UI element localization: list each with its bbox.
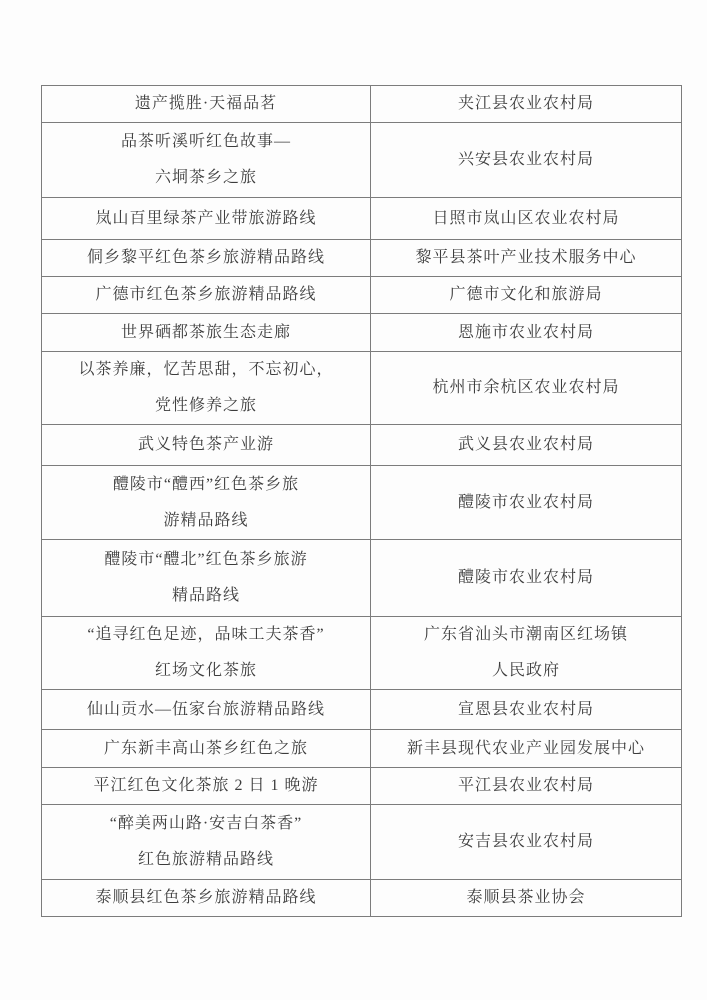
org-cell: 平江县农业农村局: [371, 768, 682, 805]
org-cell: 醴陵市农业农村局: [371, 466, 682, 540]
route-cell: 世界硒都茶旅生态走廊: [42, 314, 371, 352]
table-row: 广德市红色茶乡旅游精品路线 广德市文化和旅游局: [42, 277, 682, 314]
document-page: 遗产揽胜·天福品茗 夹江县农业农村局 品茶听溪听红色故事— 六垌茶乡之旅 兴安县…: [0, 0, 707, 1000]
table-row: 平江红色文化茶旅 2 日 1 晚游 平江县农业农村局: [42, 768, 682, 805]
table-row: 醴陵市“醴西”红色茶乡旅 游精品路线 醴陵市农业农村局: [42, 466, 682, 540]
routes-table: 遗产揽胜·天福品茗 夹江县农业农村局 品茶听溪听红色故事— 六垌茶乡之旅 兴安县…: [41, 85, 682, 917]
org-cell: 夹江县农业农村局: [371, 86, 682, 123]
route-cell: 武义特色茶产业游: [42, 425, 371, 466]
route-cell: 品茶听溪听红色故事— 六垌茶乡之旅: [42, 123, 371, 198]
route-cell: 泰顺县红色茶乡旅游精品路线: [42, 880, 371, 917]
org-cell: 广德市文化和旅游局: [371, 277, 682, 314]
route-cell: “追寻红色足迹，品味工夫茶香” 红场文化茶旅: [42, 617, 371, 690]
org-cell: 新丰县现代农业产业园发展中心: [371, 730, 682, 768]
org-cell: 醴陵市农业农村局: [371, 540, 682, 617]
route-cell: 平江红色文化茶旅 2 日 1 晚游: [42, 768, 371, 805]
table-row: 岚山百里绿茶产业带旅游路线 日照市岚山区农业农村局: [42, 198, 682, 240]
table-row: 遗产揽胜·天福品茗 夹江县农业农村局: [42, 86, 682, 123]
route-cell: “醉美两山路·安吉白茶香” 红色旅游精品路线: [42, 805, 371, 880]
org-cell: 兴安县农业农村局: [371, 123, 682, 198]
route-cell: 仙山贡水—伍家台旅游精品路线: [42, 690, 371, 730]
table-row: 侗乡黎平红色茶乡旅游精品路线 黎平县茶叶产业技术服务中心: [42, 240, 682, 277]
org-cell: 武义县农业农村局: [371, 425, 682, 466]
org-cell: 日照市岚山区农业农村局: [371, 198, 682, 240]
route-cell: 以茶养廉，忆苦思甜，不忘初心， 党性修养之旅: [42, 352, 371, 425]
table-row: “醉美两山路·安吉白茶香” 红色旅游精品路线 安吉县农业农村局: [42, 805, 682, 880]
table-row: 广东新丰高山茶乡红色之旅 新丰县现代农业产业园发展中心: [42, 730, 682, 768]
route-cell: 遗产揽胜·天福品茗: [42, 86, 371, 123]
table-row: 以茶养廉，忆苦思甜，不忘初心， 党性修养之旅 杭州市余杭区农业农村局: [42, 352, 682, 425]
org-cell: 广东省汕头市潮南区红场镇 人民政府: [371, 617, 682, 690]
table-row: 醴陵市“醴北”红色茶乡旅游 精品路线 醴陵市农业农村局: [42, 540, 682, 617]
org-cell: 恩施市农业农村局: [371, 314, 682, 352]
route-cell: 侗乡黎平红色茶乡旅游精品路线: [42, 240, 371, 277]
org-cell: 安吉县农业农村局: [371, 805, 682, 880]
route-cell: 岚山百里绿茶产业带旅游路线: [42, 198, 371, 240]
route-cell: 醴陵市“醴北”红色茶乡旅游 精品路线: [42, 540, 371, 617]
table-row: 仙山贡水—伍家台旅游精品路线 宣恩县农业农村局: [42, 690, 682, 730]
org-cell: 宣恩县农业农村局: [371, 690, 682, 730]
route-cell: 广东新丰高山茶乡红色之旅: [42, 730, 371, 768]
table-row: “追寻红色足迹，品味工夫茶香” 红场文化茶旅 广东省汕头市潮南区红场镇 人民政府: [42, 617, 682, 690]
org-cell: 杭州市余杭区农业农村局: [371, 352, 682, 425]
org-cell: 泰顺县茶业协会: [371, 880, 682, 917]
table-row: 武义特色茶产业游 武义县农业农村局: [42, 425, 682, 466]
route-cell: 广德市红色茶乡旅游精品路线: [42, 277, 371, 314]
table-row: 泰顺县红色茶乡旅游精品路线 泰顺县茶业协会: [42, 880, 682, 917]
org-cell: 黎平县茶叶产业技术服务中心: [371, 240, 682, 277]
table-row: 世界硒都茶旅生态走廊 恩施市农业农村局: [42, 314, 682, 352]
route-cell: 醴陵市“醴西”红色茶乡旅 游精品路线: [42, 466, 371, 540]
table-row: 品茶听溪听红色故事— 六垌茶乡之旅 兴安县农业农村局: [42, 123, 682, 198]
